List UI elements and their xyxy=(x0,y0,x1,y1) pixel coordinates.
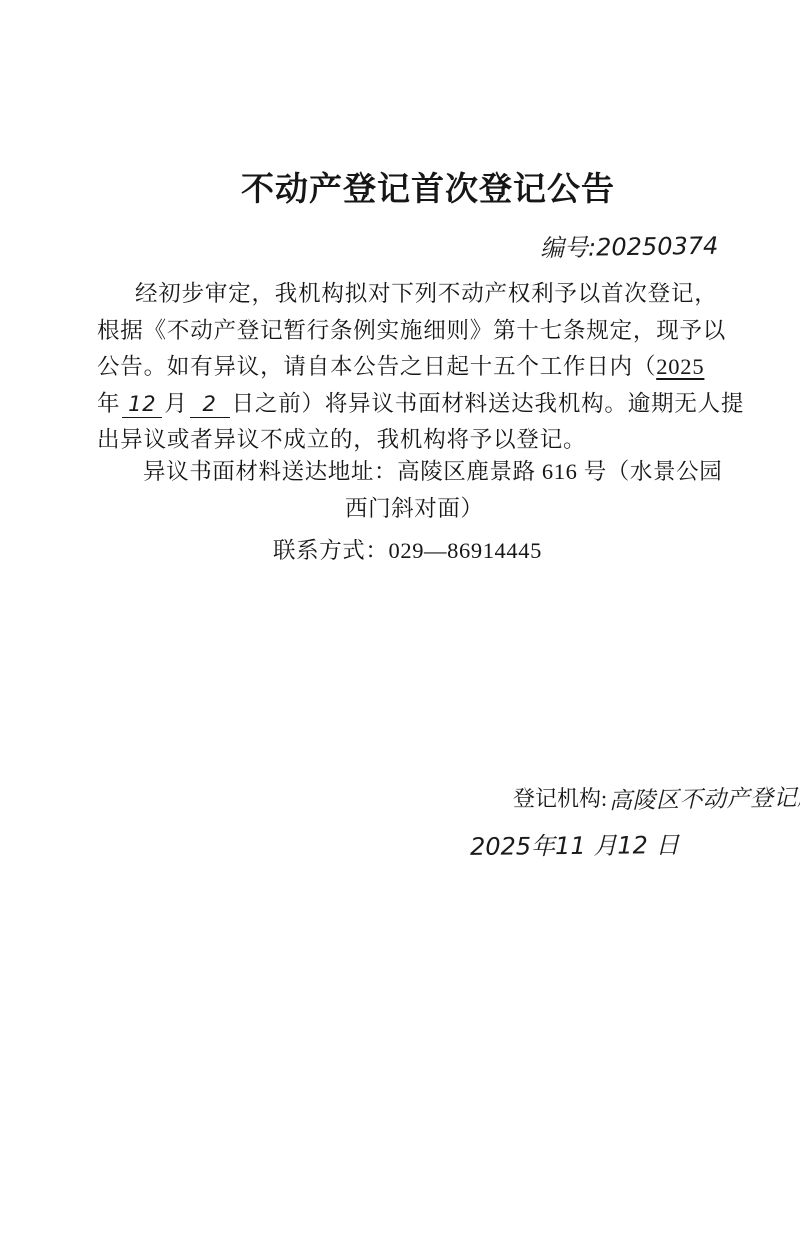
serial-number-handwritten: 20250374 xyxy=(596,232,719,262)
signature-date-handwritten: 2025年11 月12 日 xyxy=(470,825,680,862)
body-line-4-seg1: 年 xyxy=(97,391,120,416)
deadline-month-handwritten: 12 xyxy=(128,392,156,416)
objection-address-block: 异议书面材料送达地址：高陵区鹿景路 616 号（水景公园 西门斜对面） xyxy=(97,454,737,527)
registration-authority-label: 登记机构: xyxy=(513,786,607,811)
deadline-day-handwritten: 2 xyxy=(203,392,217,416)
body-line-2: 根据《不动产登记暂行条例实施细则》第十七条规定，现予以 xyxy=(97,313,709,350)
address-line-2: 西门斜对面） xyxy=(345,491,737,528)
deadline-day-blank: 2 xyxy=(190,391,230,418)
body-line-4-seg2: 月 xyxy=(164,391,187,416)
body-line-4-seg3: 日之前）将异议书面材料送达我机构。逾期无人提 xyxy=(232,391,745,416)
scanned-announcement-document: 不动产登记首次登记公告 编号:20250374 经初步审定，我机构拟对下列不动产… xyxy=(0,0,800,1252)
contact-phone-line: 联系方式：029—86914445 xyxy=(273,533,542,565)
body-line-4: 年12月2日之前）将异议书面材料送达我机构。逾期无人提 xyxy=(97,386,709,423)
body-line-3-text: 公告。如有异议，请自本公告之日起十五个工作日内（ xyxy=(97,354,656,379)
serial-number-line: 编号:20250374 xyxy=(540,226,719,263)
serial-label: 编号: xyxy=(540,233,596,262)
registration-authority-handwritten: 高陵区不动产登记服务中心 xyxy=(609,778,800,816)
body-line-1: 经初步审定，我机构拟对下列不动产权利予以首次登记， xyxy=(97,276,709,313)
registration-authority-row: 登记机构:高陵区不动产登记服务中心 xyxy=(513,780,800,813)
document-title: 不动产登记首次登记公告 xyxy=(0,163,800,210)
address-line-1: 异议书面材料送达地址：高陵区鹿景路 616 号（水景公园 xyxy=(97,454,737,491)
announcement-body: 经初步审定，我机构拟对下列不动产权利予以首次登记， 根据《不动产登记暂行条例实施… xyxy=(97,276,709,459)
deadline-year-underlined: 2025 xyxy=(656,354,704,379)
deadline-month-blank: 12 xyxy=(122,391,162,418)
body-line-3: 公告。如有异议，请自本公告之日起十五个工作日内（2025 xyxy=(97,349,709,386)
